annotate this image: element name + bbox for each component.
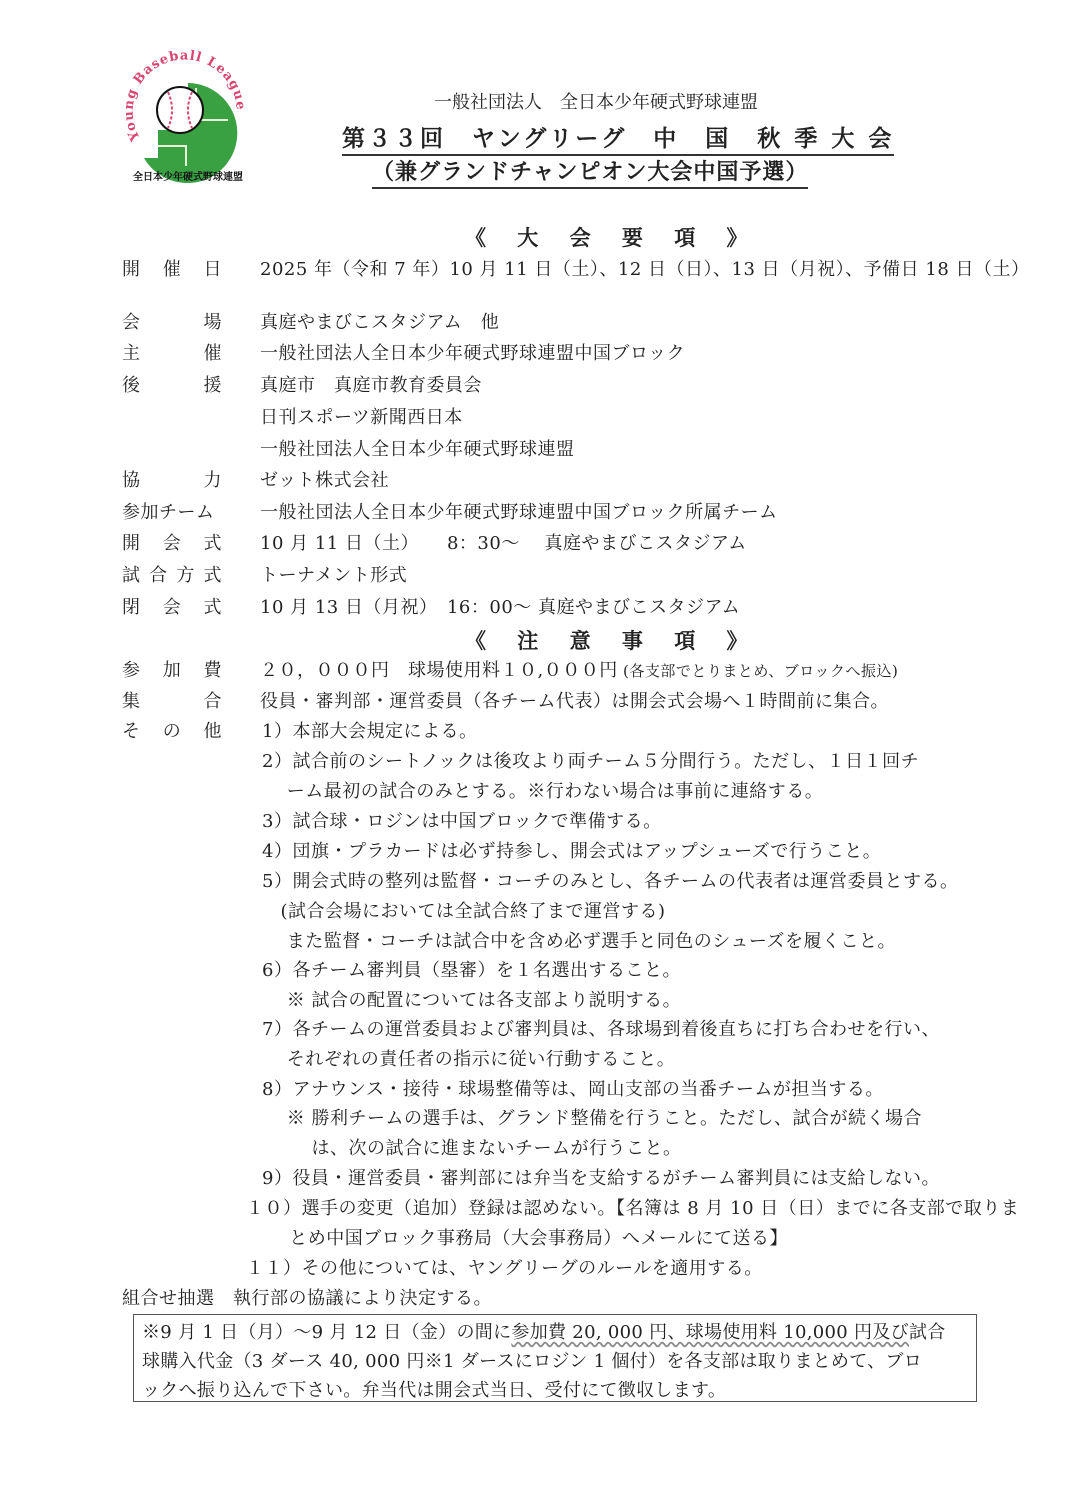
young-league-logo: Young Baseball League 全日本少年硬式野球連盟 xyxy=(118,48,258,188)
section-heading-notes: 《 注 意 事 項 》 xyxy=(465,625,760,655)
field-value: 真庭やまびこスタジアム 他 xyxy=(260,312,499,334)
note-item: 8）アナウンス・接待・球場整備等は、岡山支部の当番チームが担当する。 xyxy=(262,1079,884,1101)
note-item: 9）役員・運営委員・審判部には弁当を支給するがチーム審判員には支給しない。 xyxy=(262,1168,940,1190)
note-item: 2）試合前のシートノックは後攻より両チーム５分間行う。ただし、１日１回チ xyxy=(262,751,919,773)
field-label: 開会式 xyxy=(122,533,222,555)
note-item: 5）開会式時の整列は監督・コーチのみとし、各チームの代表者は運営委員とする。 xyxy=(262,871,958,893)
field-value: 一般社団法人全日本少年硬式野球連盟中国ブロック xyxy=(260,343,685,365)
field-label: 協力 xyxy=(122,470,222,492)
note-item: とめ中国ブロック事務局（大会事務局）へメールにて送る】 xyxy=(246,1228,788,1250)
field-value: 10 月 11 日（土） 8：30～ 真庭やまびこスタジアム xyxy=(260,533,747,555)
page-subtitle: （兼グランドチャンピオン大会中国予選） xyxy=(372,155,808,189)
field-label: その他 xyxy=(122,721,222,743)
note-item: 7）各チームの運営委員および審判員は、各球場到着後直ちに打ち合わせを行い、 xyxy=(262,1019,940,1041)
note-item: それぞれの責任者の指示に従い行動すること。 xyxy=(262,1049,675,1071)
note-item: 4）団旗・プラカードは必ず持参し、開会式はアップシューズで行うこと。 xyxy=(262,841,881,863)
payment-notice-box: ※9 月 1 日（月）～9 月 12 日（金）の間に参加費 20, 000 円、… xyxy=(133,1314,977,1402)
notice-line-2: 球購入代金（3 ダース 40, 000 円※1 ダースにロジン 1 個付）を各支… xyxy=(142,1347,968,1376)
page-title: 第３３回 ヤングリーグ 中 国 秋 季 大 会 xyxy=(342,120,894,156)
draw-method: 組合せ抽選 執行部の協議により決定する。 xyxy=(122,1288,492,1310)
field-label: 参加費 xyxy=(122,660,222,682)
field-value: 10 月 13 日（月祝） 16：00～ 真庭やまびこスタジアム xyxy=(260,597,740,619)
note-item: ーム最初の試合のみとする。※行わない場合は事前に連絡する。 xyxy=(262,781,823,803)
note-item: 3）試合球・ロジンは中国ブロックで準備する。 xyxy=(262,811,662,833)
note-item: １１）その他については、ヤングリーグのルールを適用する。 xyxy=(246,1258,763,1280)
field-label: 開催日 xyxy=(122,259,222,281)
field-label: 集合 xyxy=(122,691,222,713)
field-value: 一般社団法人全日本少年硬式野球連盟中国ブロック所属チーム xyxy=(260,502,778,524)
note-item: ※ 試合の配置については各支部より説明する。 xyxy=(262,990,681,1012)
note-item: 6）各チーム審判員（塁審）を１名選出すること。 xyxy=(262,960,681,982)
fee-value: ２０，０００円 球場使用料１０,０００円 (各支部でとりまとめ、ブロックへ振込) xyxy=(260,660,898,682)
baseball-logo-icon: Young Baseball League 全日本少年硬式野球連盟 xyxy=(118,48,258,188)
organization-name: 一般社団法人 全日本少年硬式野球連盟 xyxy=(0,88,1072,114)
logo-caption: 全日本少年硬式野球連盟 xyxy=(133,170,243,183)
note-item: は、次の試合に進まないチームが行うこと。 xyxy=(262,1138,681,1160)
field-value: 日刊スポーツ新聞西日本 xyxy=(260,407,463,429)
field-label: 会場 xyxy=(122,312,222,334)
field-value: 真庭市 真庭市教育委員会 xyxy=(260,375,482,397)
assembly-value: 役員・審判部・運営委員（各チーム代表）は開会式会場へ１時間前に集合。 xyxy=(260,691,889,713)
section-heading-outline: 《 大 会 要 項 》 xyxy=(465,222,760,252)
field-label: 閉会式 xyxy=(122,597,222,619)
field-value: ゼット株式会社 xyxy=(260,470,389,492)
fee-note: (各支部でとりまとめ、ブロックへ振込) xyxy=(618,662,899,680)
field-value: トーナメント形式 xyxy=(260,565,407,587)
note-item: また監督・コーチは試合中を含め必ず選手と同色のシューズを履くこと。 xyxy=(262,931,896,953)
field-label: 試合方式 xyxy=(122,565,222,587)
field-value: 一般社団法人全日本少年硬式野球連盟 xyxy=(260,439,575,461)
field-label: 後援 xyxy=(122,375,222,397)
note-item: １０）選手の変更（追加）登録は認めない。【名簿は 8 月 10 日（日）までに各… xyxy=(246,1198,1019,1220)
field-value: 2025 年（令和 7 年）10 月 11 日（土）、12 日（日）、13 日（… xyxy=(260,259,1030,281)
note-item: 1）本部大会規定による。 xyxy=(262,721,477,743)
notice-line-1: ※9 月 1 日（月）～9 月 12 日（金）の間に参加費 20, 000 円、… xyxy=(142,1318,968,1347)
highlighted-fees: 参加費 20, 000 円、球場使用料 10,000 円及び xyxy=(511,1322,909,1343)
notice-line-3: ックへ振り込んで下さい。弁当代は開会式当日、受付にて徴収します。 xyxy=(142,1376,968,1405)
field-label: 主催 xyxy=(122,343,222,365)
field-label: 参加チーム xyxy=(122,502,222,524)
note-item: ※ 勝利チームの選手は、グランド整備を行うこと。ただし、試合が続く場合 xyxy=(262,1108,922,1130)
note-item: (試合会場においては全試合終了まで運営する) xyxy=(262,901,666,923)
